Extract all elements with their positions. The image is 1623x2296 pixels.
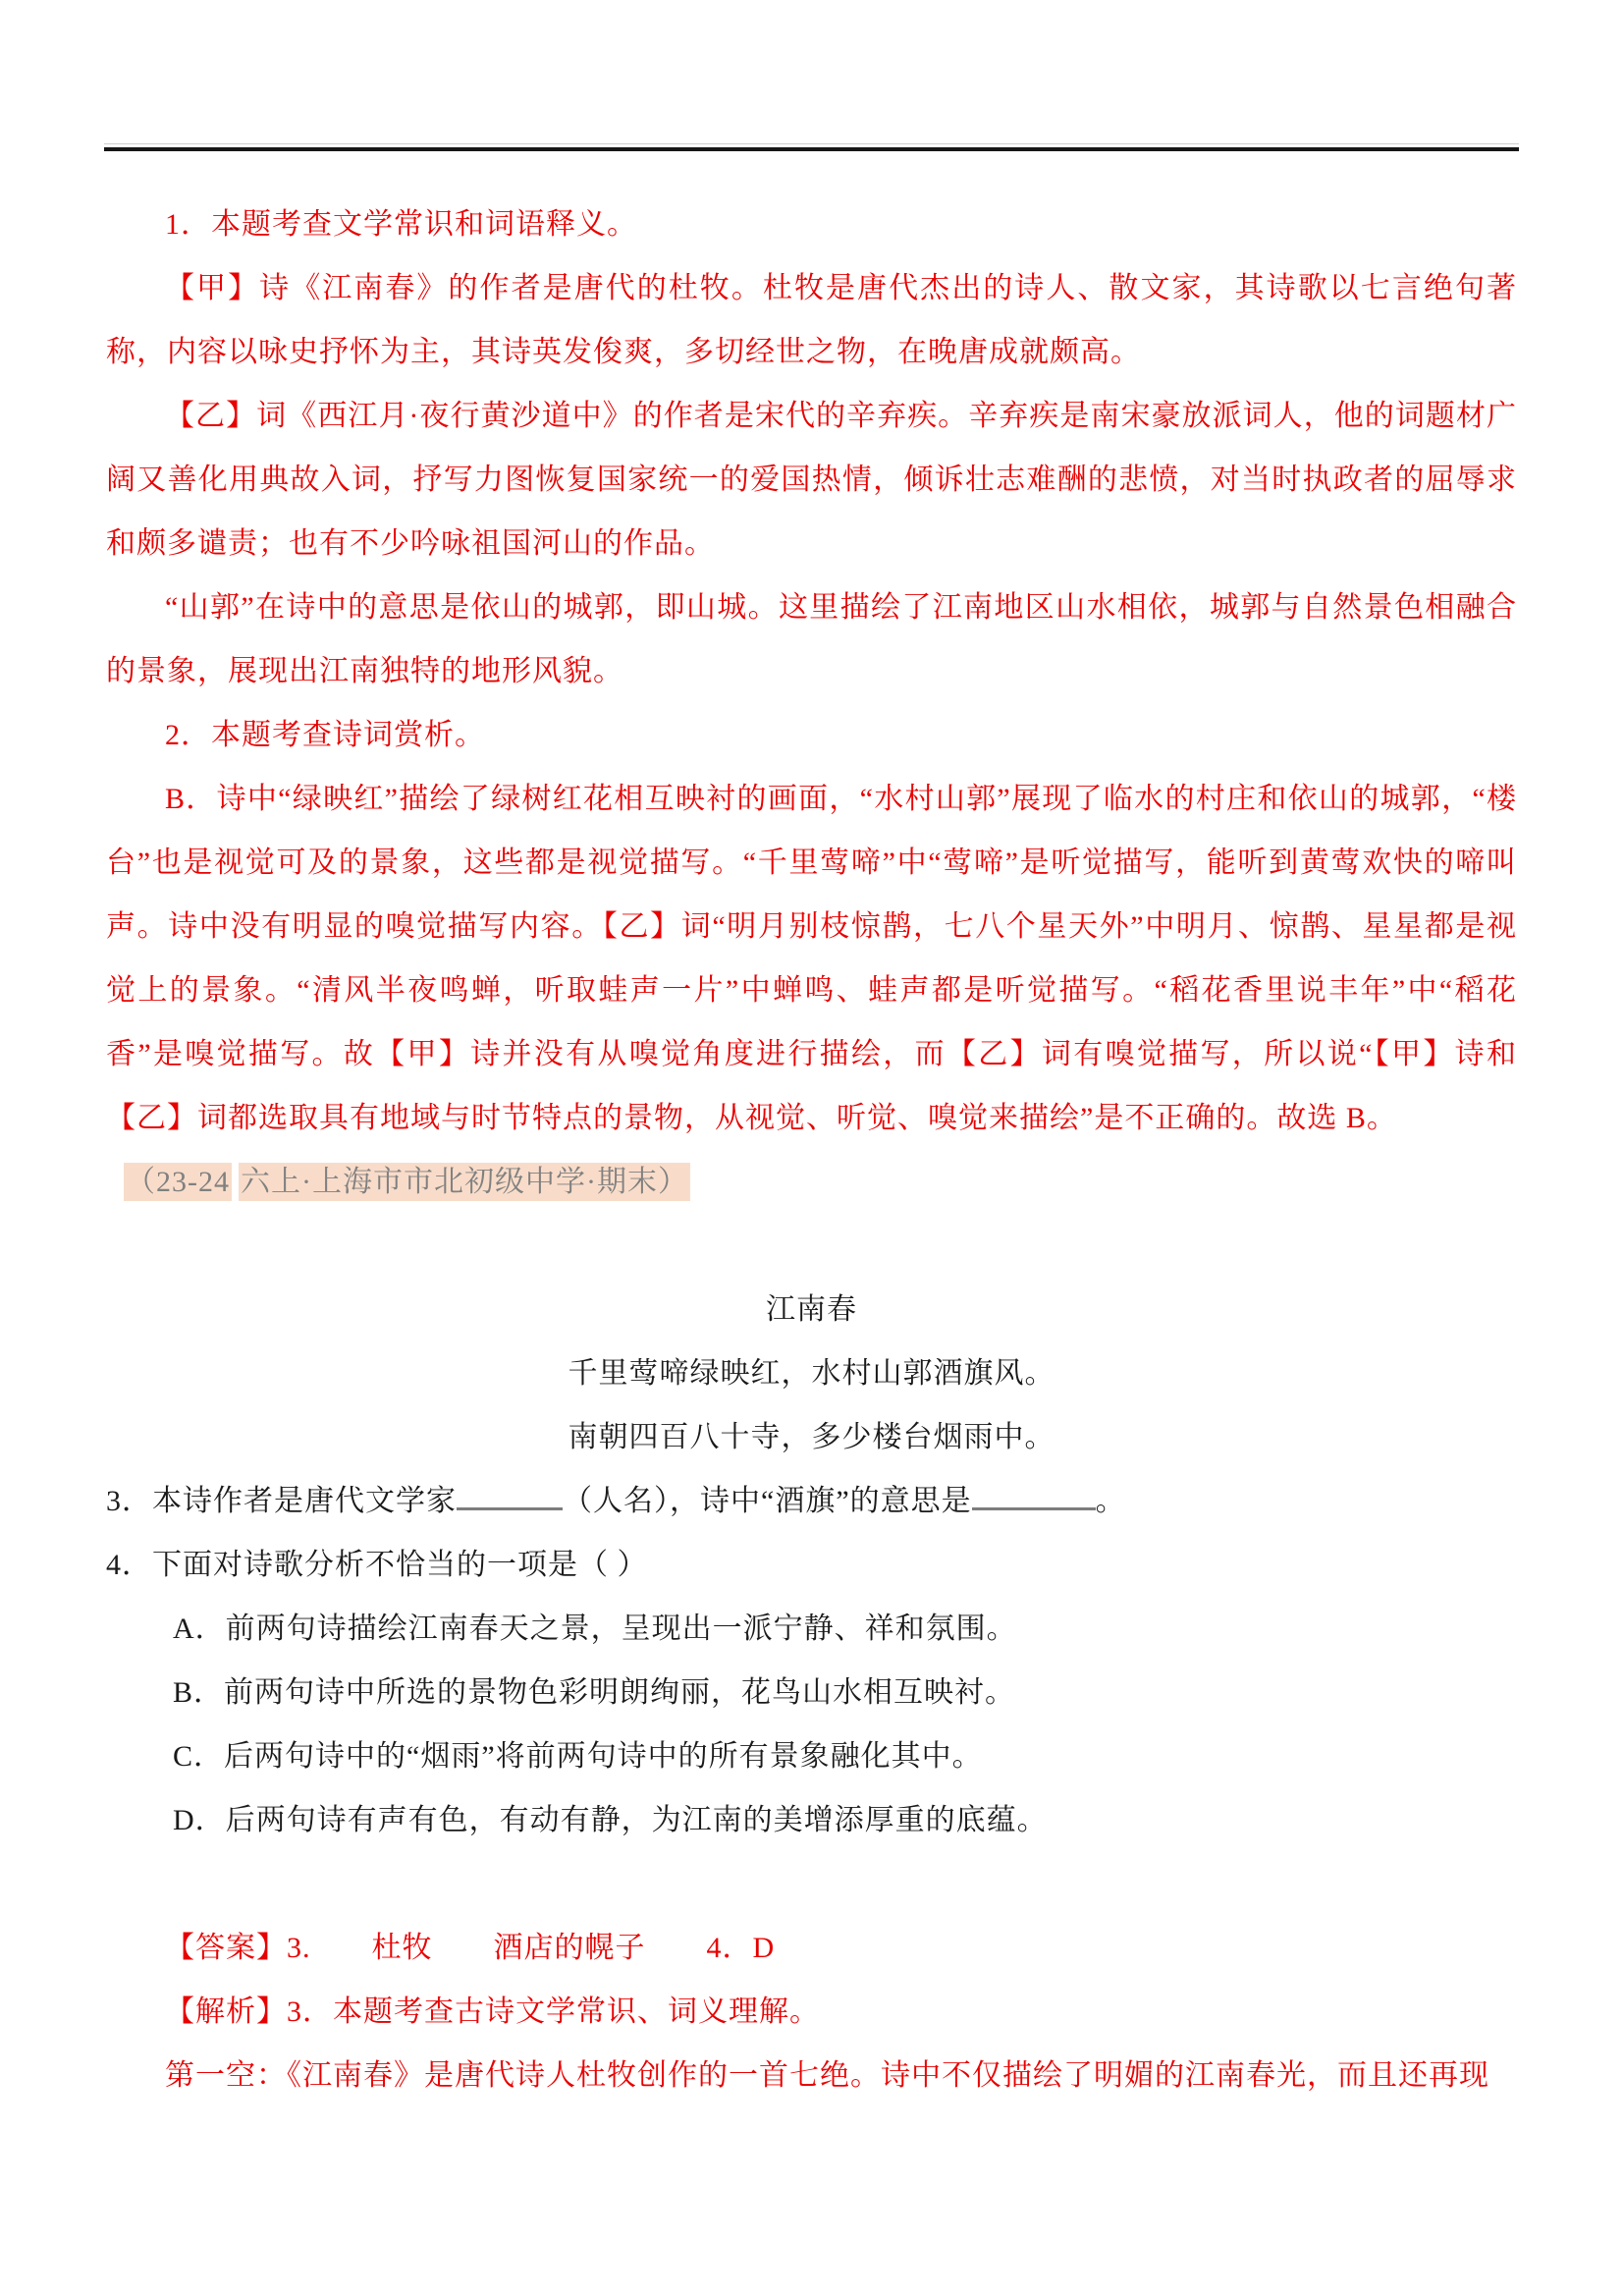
source-tag-highlight-year: （23-24 (124, 1163, 232, 1201)
explanation-paragraph-jia: 【甲】诗《江南春》的作者是唐代的杜牧。杜牧是唐代杰出的诗人、散文家，其诗歌以七言… (106, 256, 1517, 384)
question-4-option-a: A．前两句诗描绘江南春天之景，呈现出一派宁静、祥和氛围。 (106, 1597, 1517, 1661)
source-tag-line: （23-24六上·上海市市北初级中学·期末） (106, 1150, 1517, 1214)
analysis-intro-line: 【解析】3．本题考查古诗文学常识、词义理解。 (106, 1980, 1517, 2044)
explanation-q2-intro: 2．本题考查诗词赏析。 (106, 703, 1517, 767)
source-tag-highlight-school: 六上·上海市市北初级中学·期末） (239, 1163, 690, 1201)
explanation-paragraph-yi: 【乙】词《西江月·夜行黄沙道中》的作者是宋代的辛弃疾。辛弃疾是南宋豪放派词人，他… (106, 384, 1517, 575)
question-4-stem: 4．下面对诗歌分析不恰当的一项是（ ） (106, 1533, 1517, 1597)
document-page: 1．本题考查文学常识和词语释义。 【甲】诗《江南春》的作者是唐代的杜牧。杜牧是唐… (0, 0, 1623, 2296)
question-3: 3．本诗作者是唐代文学家（人名），诗中“酒旗”的意思是。 (106, 1469, 1517, 1533)
question-3-text-end: 。 (1096, 1485, 1126, 1517)
explanation-paragraph-shanguo: “山郭”在诗中的意思是依山的城郭，即山城。这里描绘了江南地区山水相依，城郭与自然… (106, 575, 1517, 703)
question-4-option-d: D．后两句诗有声有色，有动有静，为江南的美增添厚重的底蕴。 (106, 1788, 1517, 1852)
poem-title: 江南春 (106, 1278, 1517, 1341)
page-content: 1．本题考查文学常识和词语释义。 【甲】诗《江南春》的作者是唐代的杜牧。杜牧是唐… (106, 151, 1517, 2107)
question-4-option-c: C．后两句诗中的“烟雨”将前两句诗中的所有景象融化其中。 (106, 1724, 1517, 1788)
explanation-q1-intro: 1．本题考查文学常识和词语释义。 (106, 192, 1517, 256)
question-3-text-mid: （人名），诗中“酒旗”的意思是 (563, 1485, 972, 1517)
poem-line-1: 千里莺啼绿映红，水村山郭酒旗风。 (106, 1341, 1517, 1405)
header-divider-rule (104, 143, 1519, 151)
question-4-option-b: B．前两句诗中所选的景物色彩明朗绚丽，花鸟山水相互映衬。 (106, 1661, 1517, 1724)
question-3-blank-1 (457, 1477, 563, 1511)
question-3-blank-2 (972, 1477, 1096, 1511)
question-3-text-pre: 3．本诗作者是唐代文学家 (106, 1485, 457, 1517)
poem-line-2: 南朝四百八十寺，多少楼台烟雨中。 (106, 1405, 1517, 1469)
blank-line (106, 1852, 1517, 1916)
answer-line: 【答案】3. 杜牧 酒店的幌子 4．D (106, 1916, 1517, 1980)
explanation-paragraph-option-b: B．诗中“绿映红”描绘了绿树红花相互映衬的画面，“水村山郭”展现了临水的村庄和依… (106, 767, 1517, 1150)
blank-line (106, 1214, 1517, 1278)
analysis-first-blank-line: 第一空：《江南春》是唐代诗人杜牧创作的一首七绝。诗中不仅描绘了明媚的江南春光，而… (106, 2044, 1517, 2107)
